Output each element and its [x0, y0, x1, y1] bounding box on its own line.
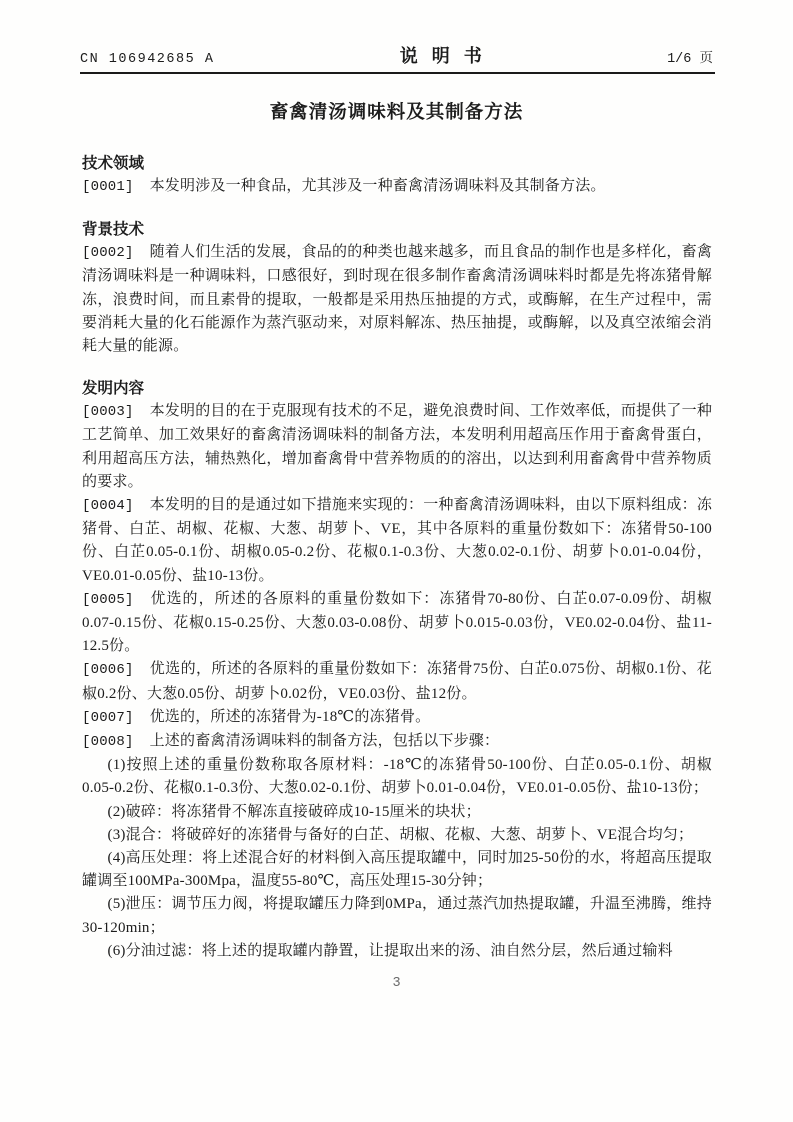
- paragraph-text: 本发明涉及一种食品，尤其涉及一种畜禽清汤调味料及其制备方法。: [150, 178, 606, 194]
- invention-title: 畜禽清汤调味料及其制备方法: [0, 98, 793, 124]
- paragraph-number: [0002]: [82, 242, 134, 265]
- section-technical-field: 技术领域 [0001]本发明涉及一种食品，尤其涉及一种畜禽清汤调味料及其制备方法…: [82, 152, 712, 199]
- paragraph-number: [0006]: [82, 659, 134, 682]
- paragraph-number: [0007]: [82, 707, 134, 730]
- step-6-oil-separation: (6)分油过滤：将上述的提取罐内静置，让提取出来的汤、油自然分层，然后通过输料: [82, 940, 712, 963]
- paragraph-number: [0004]: [82, 495, 134, 518]
- paragraph-text: 优选的，所述的冻猪骨为-18℃的冻猪骨。: [150, 709, 431, 725]
- section-background-art: 背景技术 [0002]随着人们生活的发展，食品的的种类也越来越多，而且食品的制作…: [82, 218, 712, 358]
- paragraph-0008: [0008]上述的畜禽清汤调味料的制备方法，包括以下步骤：: [82, 730, 712, 754]
- paragraph-text: 本发明的目的在于克服现有技术的不足，避免浪费时间、工作效率低，而提供了一种工艺简…: [82, 403, 712, 490]
- paragraph-0004: [0004]本发明的目的是通过如下措施来实现的：一种畜禽清汤调味料，由以下原料组…: [82, 494, 712, 588]
- section-summary-of-invention: 发明内容 [0003]本发明的目的在于克服现有技术的不足，避免浪费时间、工作效率…: [82, 377, 712, 963]
- paragraph-0005: [0005]优选的，所述的各原料的重量份数如下：冻猪骨70-80份、白芷0.07…: [82, 588, 712, 659]
- step-5-pressure-release: (5)泄压：调节压力阀，将提取罐压力降到0MPa，通过蒸汽加热提取罐，升温至沸腾…: [82, 893, 712, 939]
- paragraph-0007: [0007]优选的，所述的冻猪骨为-18℃的冻猪骨。: [82, 706, 712, 730]
- section-heading: 发明内容: [82, 377, 712, 400]
- paragraph-0003: [0003]本发明的目的在于克服现有技术的不足，避免浪费时间、工作效率低，而提供…: [82, 400, 712, 494]
- paragraph-number: [0003]: [82, 401, 134, 424]
- header-divider: [80, 72, 715, 74]
- paragraph-number: [0005]: [82, 589, 134, 612]
- paragraph-text: 本发明的目的是通过如下措施来实现的：一种畜禽清汤调味料，由以下原料组成：冻猪骨、…: [82, 497, 712, 584]
- paragraph-text: 优选的，所述的各原料的重量份数如下：冻猪骨70-80份、白芷0.07-0.09份…: [82, 591, 712, 654]
- step-1-weighing: (1)按照上述的重量份数称取各原材料：-18℃的冻猪骨50-100份、白芷0.0…: [82, 754, 712, 800]
- document-type-title: 说明书: [386, 42, 496, 68]
- section-heading: 技术领域: [82, 152, 712, 175]
- paragraph-text: 上述的畜禽清汤调味料的制备方法，包括以下步骤：: [150, 733, 500, 749]
- page-header: CN 106942685 A 说明书 1/6 页: [0, 0, 793, 72]
- section-heading: 背景技术: [82, 218, 712, 241]
- paragraph-0001: [0001]本发明涉及一种食品，尤其涉及一种畜禽清汤调味料及其制备方法。: [82, 175, 712, 199]
- publication-number: CN 106942685 A: [80, 52, 214, 67]
- paragraph-0002: [0002]随着人们生活的发展，食品的的种类也越来越多，而且食品的制作也是多样化…: [82, 241, 712, 358]
- paragraph-number: [0008]: [82, 731, 134, 754]
- step-3-mixing: (3)混合：将破碎好的冻猪骨与备好的白芷、胡椒、花椒、大葱、胡萝卜、VE混合均匀…: [82, 824, 712, 847]
- page-number: 3: [0, 976, 793, 991]
- paragraph-text: 随着人们生活的发展，食品的的种类也越来越多，而且食品的制作也是多样化，畜禽清汤调…: [82, 244, 712, 354]
- step-4-high-pressure: (4)高压处理：将上述混合好的材料倒入高压提取罐中，同时加25-50份的水，将超…: [82, 847, 712, 893]
- paragraph-0006: [0006]优选的，所述的各原料的重量份数如下：冻猪骨75份、白芷0.075份、…: [82, 658, 712, 705]
- page-indicator: 1/6 页: [667, 46, 713, 67]
- paragraph-text: 优选的，所述的各原料的重量份数如下：冻猪骨75份、白芷0.075份、胡椒0.1份…: [82, 661, 712, 701]
- patent-document-page: CN 106942685 A 说明书 1/6 页 畜禽清汤调味料及其制备方法 技…: [0, 0, 793, 1122]
- paragraph-number: [0001]: [82, 176, 134, 199]
- step-2-crushing: (2)破碎：将冻猪骨不解冻直接破碎成10-15厘米的块状；: [82, 801, 712, 824]
- document-body: 技术领域 [0001]本发明涉及一种食品，尤其涉及一种畜禽清汤调味料及其制备方法…: [0, 152, 793, 963]
